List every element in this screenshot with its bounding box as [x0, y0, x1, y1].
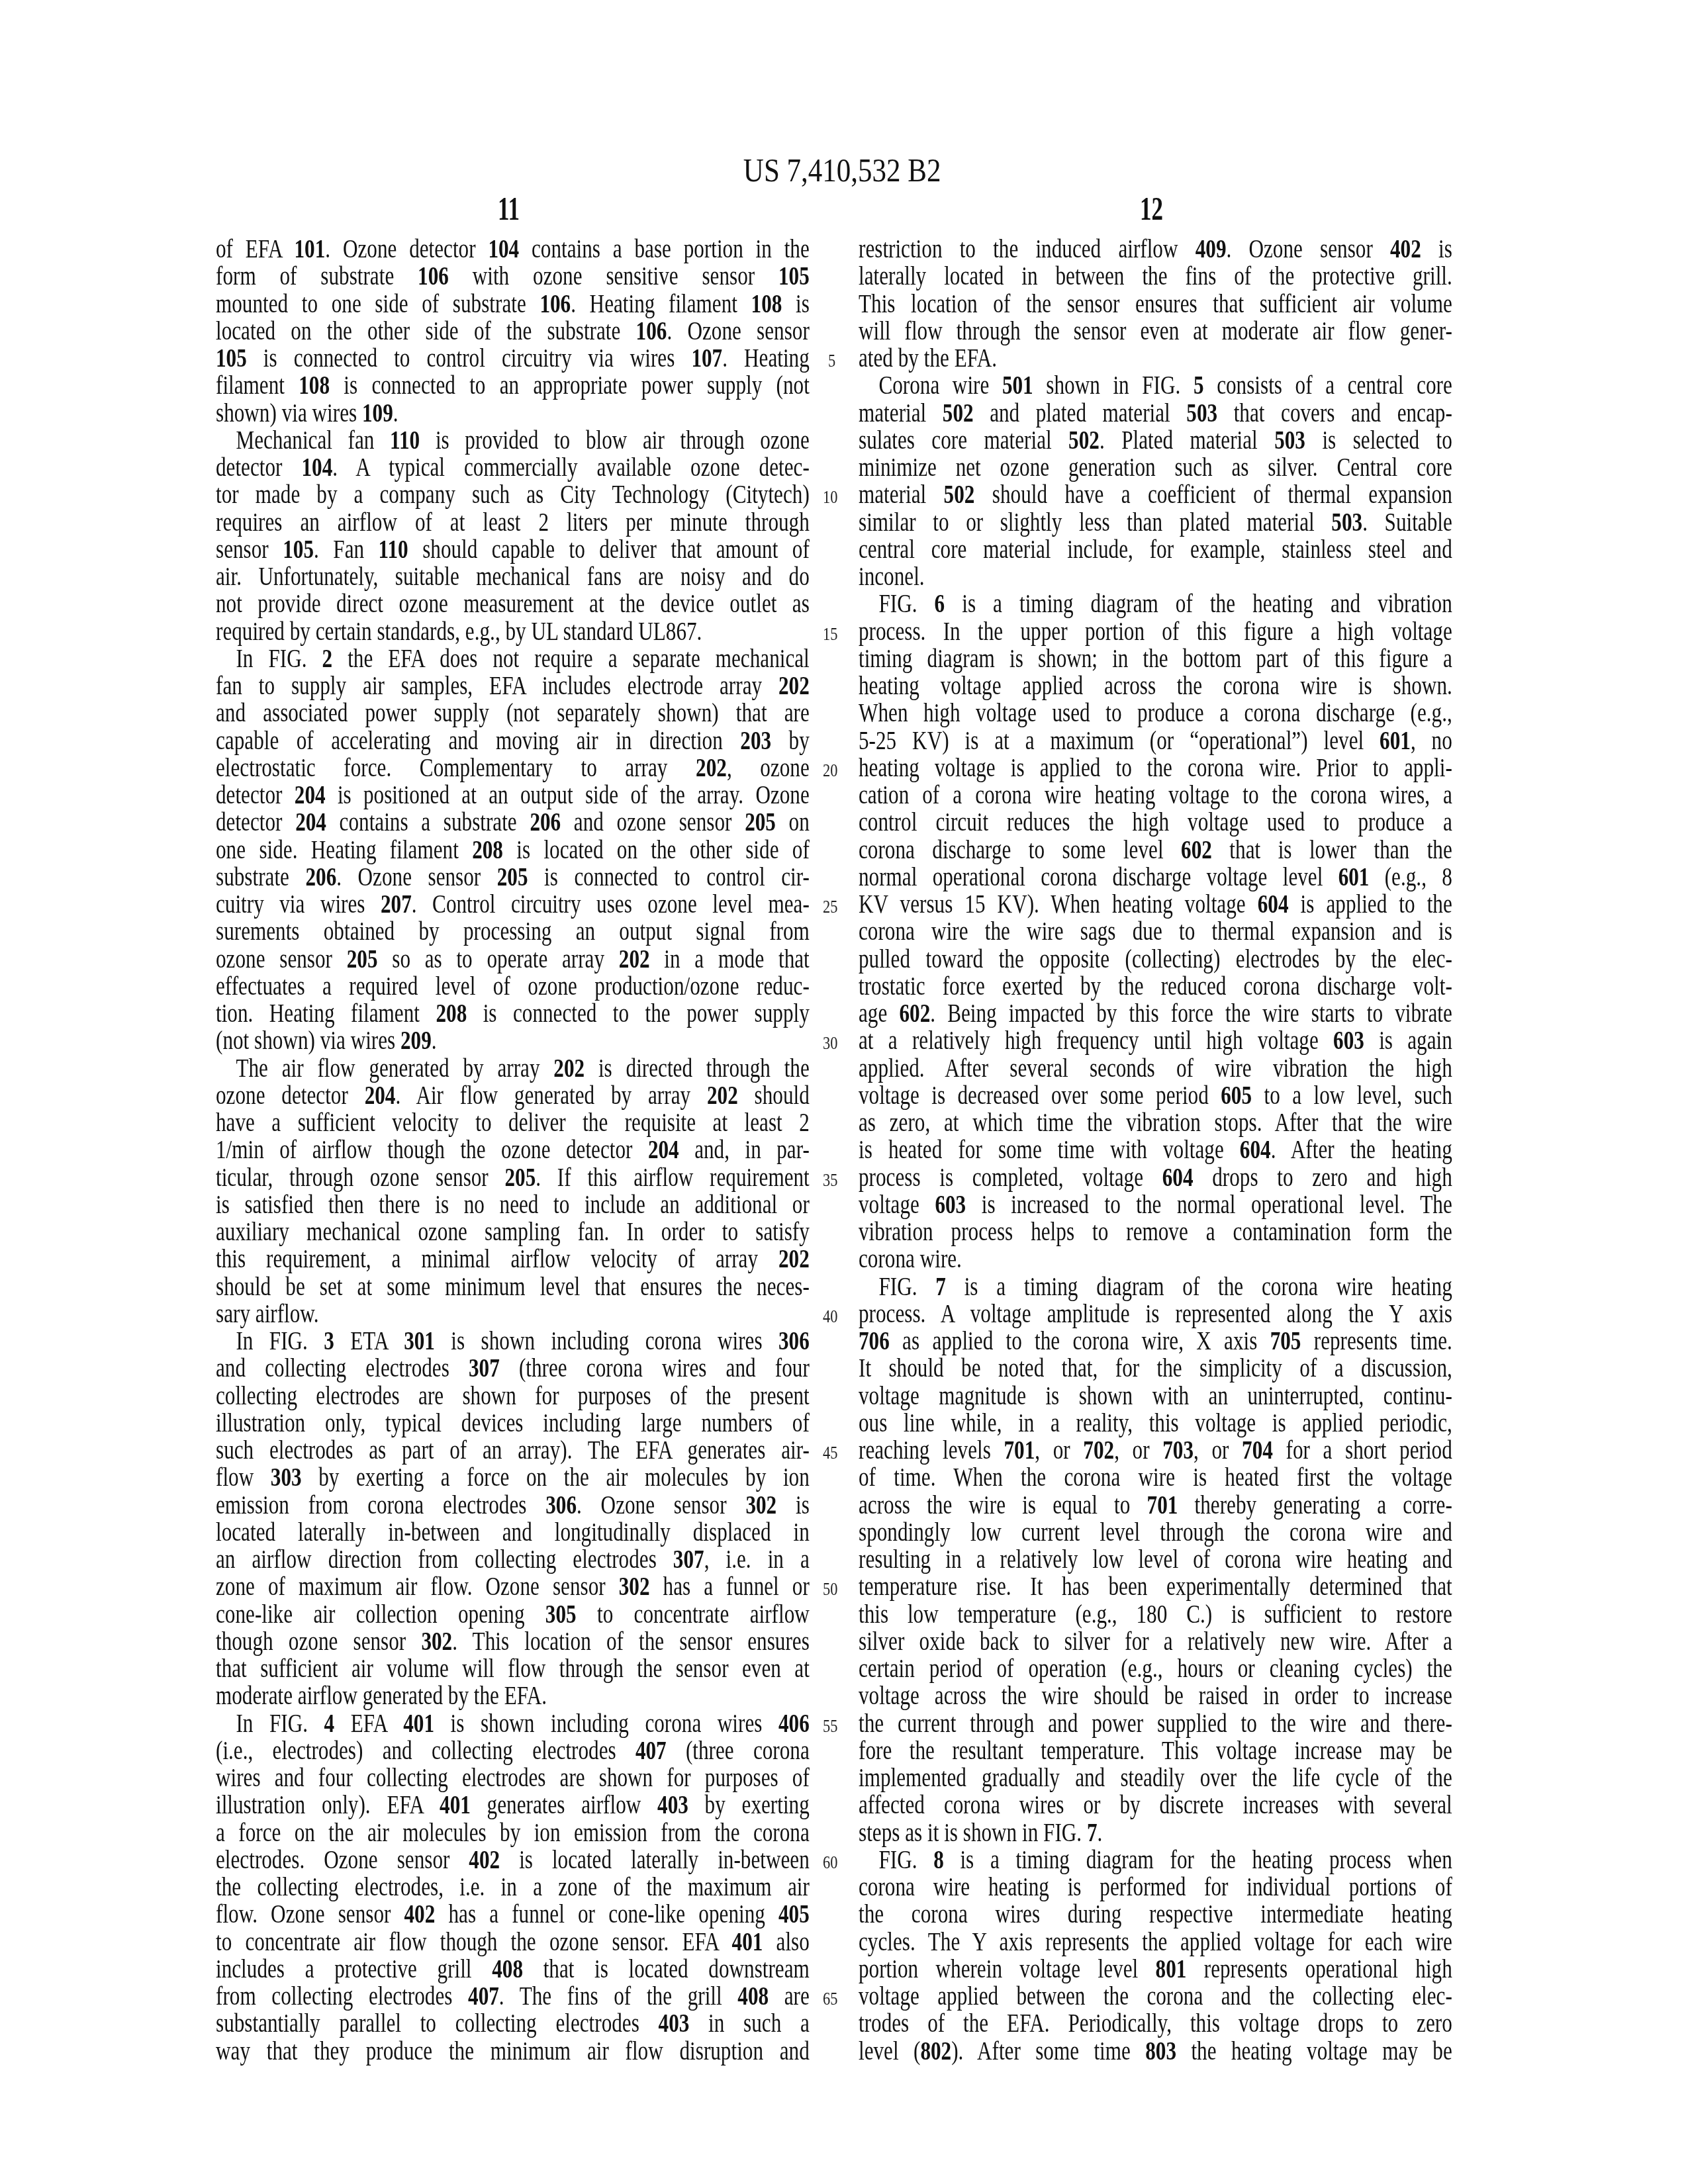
line-text: is satisfied then there is no need to in…	[216, 1191, 810, 1218]
line-number: 55	[823, 1713, 837, 1740]
left-column-text-line: cuitry via wires 207. Control circuitry …	[216, 891, 810, 918]
line-text: illustration only). EFA 401 generates ai…	[216, 1792, 810, 1819]
reference-numeral: 603	[1333, 1026, 1364, 1055]
line-text: detector 204 contains a substrate 206 an…	[216, 809, 810, 836]
right-column-text-line: affected corona wires or by discrete inc…	[859, 1792, 1452, 1819]
right-column-text-line: at a relatively high frequency until hig…	[859, 1027, 1452, 1054]
line-text: temperature rise. It has been experiment…	[859, 1573, 1452, 1600]
left-column-text-line: collecting electrodes are shown for purp…	[216, 1383, 810, 1410]
left-column-text-line: required by certain standards, e.g., by …	[216, 618, 810, 645]
left-column-text-line: to concentrate air flow though the ozone…	[216, 1929, 810, 1956]
line-number: 30	[823, 1030, 837, 1057]
line-text: that sufficient air volume will flow thr…	[216, 1655, 810, 1682]
line-text: filament 108 is connected to an appropri…	[216, 372, 810, 399]
line-number: 50	[823, 1576, 837, 1603]
reference-numeral: 601	[1338, 863, 1370, 891]
line-text: though ozone sensor 302. This location o…	[216, 1628, 810, 1655]
line-text: capable of accelerating and moving air i…	[216, 727, 810, 754]
right-column-text-line: normal operational corona discharge volt…	[859, 864, 1452, 891]
right-column-text-line: level (802). After some time 803 the hea…	[859, 2038, 1452, 2065]
reference-numeral: 706	[859, 1327, 890, 1355]
line-text: air. Unfortunately, suitable mechanical …	[216, 563, 810, 590]
right-column-text-line: This location of the sensor ensures that…	[859, 291, 1452, 318]
left-column-text-line: such electrodes as part of an array). Th…	[216, 1437, 810, 1464]
line-text: spondingly low current level through the…	[859, 1519, 1452, 1546]
reference-numeral: 803	[1145, 2037, 1176, 2066]
reference-numeral: 6	[935, 590, 945, 618]
reference-numeral: 5	[1194, 371, 1204, 400]
left-column-text-line: detector 104. A typical commercially ava…	[216, 454, 810, 481]
line-text: central core material include, for examp…	[859, 536, 1452, 563]
line-text: It should be noted that, for the simplic…	[859, 1355, 1452, 1382]
right-column-page-number: 12	[1140, 192, 1163, 225]
right-column-text-line: sulates core material 502. Plated materi…	[859, 427, 1452, 454]
reference-numeral: 408	[492, 1955, 523, 1983]
reference-numeral: 307	[469, 1354, 500, 1383]
left-column-text-line: an airflow direction from collecting ele…	[216, 1546, 810, 1573]
reference-numeral: 206	[530, 808, 561, 837]
right-column-text-line: resulting in a relatively low level of c…	[859, 1546, 1452, 1573]
right-column-text-line: similar to or slightly less than plated …	[859, 509, 1452, 536]
right-column-text-line: across the wire is equal to 701 thereby …	[859, 1492, 1452, 1519]
line-text: restriction to the induced airflow 409. …	[859, 236, 1452, 263]
right-column-text-line: cycles. The Y axis represents the applie…	[859, 1929, 1452, 1956]
line-text: cone-like air collection opening 305 to …	[216, 1601, 810, 1628]
reference-numeral: 402	[404, 1900, 436, 1929]
reference-numeral: 106	[539, 290, 571, 318]
right-column-text-line: voltage 603 is increased to the normal o…	[859, 1191, 1452, 1218]
left-column-text-line: illustration only). EFA 401 generates ai…	[216, 1792, 810, 1819]
reference-numeral: 205	[347, 945, 378, 974]
reference-numeral: 104	[488, 235, 519, 263]
right-column-text-line: as zero, at which time the vibration sto…	[859, 1109, 1452, 1136]
reference-numeral: 204	[295, 808, 326, 837]
left-column-text-line: from collecting electrodes 407. The fins…	[216, 1983, 810, 2010]
line-text: located on the other side of the substra…	[216, 318, 810, 345]
line-text: sensor 105. Fan 110 should capable to de…	[216, 536, 810, 563]
line-text: material 502 should have a coefficient o…	[859, 481, 1452, 508]
left-column-text-line: Mechanical fan 110 is provided to blow a…	[216, 427, 810, 454]
left-column-text-line: is satisfied then there is no need to in…	[216, 1191, 810, 1218]
right-column-text-line: heating voltage is applied to the corona…	[859, 754, 1452, 782]
right-column-text-line: restriction to the induced airflow 409. …	[859, 236, 1452, 263]
reference-numeral: 502	[1068, 426, 1100, 455]
right-column-text-line: of time. When the corona wire is heated …	[859, 1464, 1452, 1491]
line-text: process is completed, voltage 604 drops …	[859, 1164, 1452, 1191]
line-text: certain period of operation (e.g., hours…	[859, 1655, 1452, 1682]
line-text: resulting in a relatively low level of c…	[859, 1546, 1452, 1573]
right-column-text-line: applied. After several seconds of wire v…	[859, 1055, 1452, 1082]
line-text: voltage across the wire should be raised…	[859, 1682, 1452, 1709]
left-column-text-line: 1/min of airflow though the ozone detect…	[216, 1136, 810, 1163]
reference-numeral: 405	[778, 1900, 810, 1929]
reference-numeral: 104	[301, 453, 332, 482]
line-text: cation of a corona wire heating voltage …	[859, 782, 1452, 809]
right-column-text-line: pulled toward the opposite (collecting) …	[859, 946, 1452, 973]
right-column-text-line: implemented gradually and steadily over …	[859, 1764, 1452, 1792]
left-column-text-line: moderate airflow generated by the EFA.	[216, 1682, 810, 1709]
reference-numeral: 604	[1162, 1163, 1194, 1192]
reference-numeral: 205	[745, 808, 776, 837]
line-text: moderate airflow generated by the EFA.	[216, 1682, 810, 1709]
left-column-text-line: not provide direct ozone measurement at …	[216, 590, 810, 617]
left-column-text-line: though ozone sensor 302. This location o…	[216, 1628, 810, 1655]
line-text: located laterally in-between and longitu…	[216, 1519, 810, 1546]
left-column-text-line: form of substrate 106 with ozone sensiti…	[216, 263, 810, 290]
line-text: have a sufficient velocity to deliver th…	[216, 1109, 810, 1136]
right-column-text-line: material 502 and plated material 503 tha…	[859, 400, 1452, 427]
right-column-text-line: voltage across the wire should be raised…	[859, 1682, 1452, 1709]
left-column-text-line: have a sufficient velocity to deliver th…	[216, 1109, 810, 1136]
left-column-page-number: 11	[498, 192, 520, 225]
right-column-text-line: process is completed, voltage 604 drops …	[859, 1164, 1452, 1191]
line-text: implemented gradually and steadily over …	[859, 1764, 1452, 1792]
line-text: emission from corona electrodes 306. Ozo…	[216, 1492, 810, 1519]
left-column-text-line: cone-like air collection opening 305 to …	[216, 1601, 810, 1628]
left-column-text-line: sary airflow.	[216, 1300, 810, 1328]
line-text: electrostatic force. Complementary to ar…	[216, 754, 810, 782]
line-text: as zero, at which time the vibration sto…	[859, 1109, 1452, 1136]
left-column-text-line: flow. Ozone sensor 402 has a funnel or c…	[216, 1901, 810, 1928]
reference-numeral: 208	[472, 836, 503, 864]
left-column-text-line: flow 303 by exerting a force on the air …	[216, 1464, 810, 1491]
reference-numeral: 202	[707, 1081, 738, 1110]
right-column-text-line: portion wherein voltage level 801 repres…	[859, 1956, 1452, 1983]
reference-numeral: 801	[1156, 1955, 1187, 1983]
reference-numeral: 8	[933, 1846, 944, 1874]
reference-numeral: 705	[1270, 1327, 1301, 1355]
line-text: flow. Ozone sensor 402 has a funnel or c…	[216, 1901, 810, 1928]
left-column-text-line: should be set at some minimum level that…	[216, 1273, 810, 1300]
line-text: this requirement, a minimal airflow velo…	[216, 1246, 810, 1273]
right-column-text-line: material 502 should have a coefficient o…	[859, 481, 1452, 508]
left-column-text-line: fan to supply air samples, EFA includes …	[216, 672, 810, 700]
reference-numeral: 110	[379, 535, 408, 564]
line-text: flow 303 by exerting a force on the air …	[216, 1464, 810, 1491]
right-column-text-line: voltage is decreased over some period 60…	[859, 1082, 1452, 1109]
line-text: trodes of the EFA. Periodically, this vo…	[859, 2010, 1452, 2037]
line-text: includes a protective grill 408 that is …	[216, 1956, 810, 1983]
line-text: heating voltage applied across the coron…	[859, 672, 1452, 700]
line-text: applied. After several seconds of wire v…	[859, 1055, 1452, 1082]
line-text: corona wire heating is performed for ind…	[859, 1874, 1452, 1901]
reference-numeral: 605	[1221, 1081, 1252, 1110]
left-column-text-line: air. Unfortunately, suitable mechanical …	[216, 563, 810, 590]
right-column-text-line: timing diagram is shown; in the bottom p…	[859, 645, 1452, 672]
line-text: process. A voltage amplitude is represen…	[859, 1300, 1452, 1328]
left-column-text-line: tor made by a company such as City Techn…	[216, 481, 810, 508]
line-text: not provide direct ozone measurement at …	[216, 590, 810, 617]
reference-numeral: 205	[497, 863, 528, 891]
line-text: tor made by a company such as City Techn…	[216, 481, 810, 508]
reference-numeral: 802	[920, 2037, 951, 2066]
line-text: heating voltage is applied to the corona…	[859, 754, 1452, 782]
left-column-text-line: sensor 105. Fan 110 should capable to de…	[216, 536, 810, 563]
line-text: control circuit reduces the high voltage…	[859, 809, 1452, 836]
line-text: voltage applied between the corona and t…	[859, 1983, 1452, 2010]
line-text: 1/min of airflow though the ozone detect…	[216, 1136, 810, 1163]
right-column-text-line: corona wire.	[859, 1246, 1452, 1273]
left-column-text-line: shown) via wires 109.	[216, 400, 810, 427]
left-column-text-line: detector 204 contains a substrate 206 an…	[216, 809, 810, 836]
line-text: trostatic force exerted by the reduced c…	[859, 973, 1452, 1000]
right-column-text-line: corona wire the wire sags due to thermal…	[859, 918, 1452, 945]
reference-numeral: 203	[740, 727, 771, 755]
left-column-text-line: filament 108 is connected to an appropri…	[216, 372, 810, 399]
left-column-text-line: includes a protective grill 408 that is …	[216, 1956, 810, 1983]
reference-numeral: 703	[1162, 1436, 1194, 1465]
left-column-text-line: and collecting electrodes 307 (three cor…	[216, 1355, 810, 1382]
line-text: way that they produce the minimum air fl…	[216, 2038, 810, 2065]
line-text: of time. When the corona wire is heated …	[859, 1464, 1452, 1491]
left-column-text-line: In FIG. 2 the EFA does not require a sep…	[216, 645, 810, 672]
left-column-text-line: zone of maximum air flow. Ozone sensor 3…	[216, 1573, 810, 1600]
line-text: corona wire.	[859, 1246, 1452, 1273]
left-column-text-line: electrostatic force. Complementary to ar…	[216, 754, 810, 782]
left-column-text-line: In FIG. 4 EFA 401 is shown including cor…	[216, 1710, 810, 1737]
line-text: form of substrate 106 with ozone sensiti…	[216, 263, 810, 290]
right-column-text-line: trostatic force exerted by the reduced c…	[859, 973, 1452, 1000]
line-text: is heated for some time with voltage 604…	[859, 1136, 1452, 1163]
line-text: sary airflow.	[216, 1300, 810, 1328]
line-text: In FIG. 3 ETA 301 is shown including cor…	[216, 1328, 810, 1355]
right-column-text-line: heating voltage applied across the coron…	[859, 672, 1452, 700]
line-text: In FIG. 4 EFA 401 is shown including cor…	[216, 1710, 810, 1737]
reference-numeral: 701	[1004, 1436, 1035, 1465]
line-text: FIG. 7 is a timing diagram of the corona…	[859, 1273, 1452, 1300]
right-column-text-line: It should be noted that, for the simplic…	[859, 1355, 1452, 1382]
line-text: an airflow direction from collecting ele…	[216, 1546, 810, 1573]
line-text: corona wire the wire sags due to thermal…	[859, 918, 1452, 945]
line-text: ozone detector 204. Air flow generated b…	[216, 1082, 810, 1109]
reference-numeral: 105	[283, 535, 314, 564]
line-number: 40	[823, 1303, 837, 1330]
right-column-text-line: age 602. Being impacted by this force th…	[859, 1000, 1452, 1027]
right-column-text-line: will flow through the sensor even at mod…	[859, 318, 1452, 345]
line-text: vibration process helps to remove a cont…	[859, 1218, 1452, 1246]
line-text: corona discharge to some level 602 that …	[859, 837, 1452, 864]
right-column-text-line: is heated for some time with voltage 604…	[859, 1136, 1452, 1163]
reference-numeral: 204	[295, 781, 326, 809]
line-text: will flow through the sensor even at mod…	[859, 318, 1452, 345]
reference-numeral: 403	[659, 2009, 690, 2038]
line-number: 60	[823, 1849, 837, 1876]
reference-numeral: 105	[216, 344, 247, 373]
line-text: shown) via wires 109.	[216, 400, 810, 427]
reference-numeral: 202	[778, 1245, 810, 1273]
reference-numeral: 3	[324, 1327, 334, 1355]
line-text: voltage 603 is increased to the normal o…	[859, 1191, 1452, 1218]
reference-numeral: 403	[657, 1791, 688, 1819]
line-text: KV versus 15 KV). When heating voltage 6…	[859, 891, 1452, 918]
right-column-text-line: 706 as applied to the corona wire, X axi…	[859, 1328, 1452, 1355]
line-text: cuitry via wires 207. Control circuitry …	[216, 891, 810, 918]
line-text: material 502 and plated material 503 tha…	[859, 400, 1452, 427]
reference-numeral: 105	[778, 262, 810, 291]
reference-numeral: 408	[737, 1982, 769, 2011]
patent-number-header: US 7,410,532 B2	[117, 154, 1568, 187]
left-column-text-line: substantially parallel to collecting ele…	[216, 2010, 810, 2037]
reference-numeral: 603	[935, 1191, 966, 1219]
reference-numeral: 204	[365, 1081, 396, 1110]
left-column-text-line: ozone detector 204. Air flow generated b…	[216, 1082, 810, 1109]
line-text: ous line while, in a reality, this volta…	[859, 1410, 1452, 1437]
line-text: the collecting electrodes, i.e. in a zon…	[216, 1874, 810, 1901]
right-column-text-line: Corona wire 501 shown in FIG. 5 consists…	[859, 372, 1452, 399]
line-text: one side. Heating filament 208 is locate…	[216, 837, 810, 864]
right-column-text-line: process. In the upper portion of this fi…	[859, 618, 1452, 645]
line-text: voltage is decreased over some period 60…	[859, 1082, 1452, 1109]
left-column-text-line: this requirement, a minimal airflow velo…	[216, 1246, 810, 1273]
left-column-text-line: located laterally in-between and longitu…	[216, 1519, 810, 1546]
reference-numeral: 702	[1083, 1436, 1114, 1465]
reference-numeral: 306	[545, 1491, 577, 1520]
reference-numeral: 402	[469, 1846, 500, 1874]
line-text: of EFA 101. Ozone detector 104 contains …	[216, 236, 810, 263]
line-text: and collecting electrodes 307 (three cor…	[216, 1355, 810, 1382]
line-text: surements obtained by processing an outp…	[216, 918, 810, 945]
reference-numeral: 202	[778, 672, 810, 700]
left-column-text-line: ozone sensor 205 so as to operate array …	[216, 946, 810, 973]
reference-numeral: 205	[505, 1163, 536, 1192]
line-text: from collecting electrodes 407. The fins…	[216, 1983, 810, 2010]
right-column-text-line: vibration process helps to remove a cont…	[859, 1218, 1452, 1246]
reference-numeral: 406	[778, 1709, 810, 1738]
reference-numeral: 107	[691, 344, 722, 373]
right-column-text-line: process. A voltage amplitude is represen…	[859, 1300, 1452, 1328]
left-column-text-line: capable of accelerating and moving air i…	[216, 727, 810, 754]
right-column-text-line: ated by the EFA.	[859, 345, 1452, 372]
reference-numeral: 101	[295, 235, 326, 263]
right-column-text-line: When high voltage used to produce a coro…	[859, 700, 1452, 727]
right-column-text-line: laterally located in between the fins of…	[859, 263, 1452, 290]
line-text: When high voltage used to produce a coro…	[859, 700, 1452, 727]
line-text: reaching levels 701, or 702, or 703, or …	[859, 1437, 1452, 1464]
reference-numeral: 202	[619, 945, 650, 974]
reference-numeral: 301	[404, 1327, 435, 1355]
reference-numeral: 7	[935, 1273, 946, 1301]
reference-numeral: 206	[305, 863, 336, 891]
line-text: portion wherein voltage level 801 repres…	[859, 1956, 1452, 1983]
right-column-text-line: the corona wires during respective inter…	[859, 1901, 1452, 1928]
line-text: to concentrate air flow though the ozone…	[216, 1929, 810, 1956]
line-text: (i.e., electrodes) and collecting electr…	[216, 1737, 810, 1764]
reference-numeral: 202	[696, 754, 727, 782]
line-number: 25	[823, 893, 837, 921]
left-column-text-line: surements obtained by processing an outp…	[216, 918, 810, 945]
left-column-text-line: of EFA 101. Ozone detector 104 contains …	[216, 236, 810, 263]
reference-numeral: 407	[635, 1737, 667, 1765]
right-column-text-line: control circuit reduces the high voltage…	[859, 809, 1452, 836]
reference-numeral: 302	[421, 1627, 452, 1656]
right-column-text-line: voltage magnitude is shown with an unint…	[859, 1383, 1452, 1410]
left-column-text-line: and associated power supply (not separat…	[216, 700, 810, 727]
line-text: affected corona wires or by discrete inc…	[859, 1792, 1452, 1819]
reference-numeral: 106	[636, 317, 667, 345]
right-column-text-line: reaching levels 701, or 702, or 703, or …	[859, 1437, 1452, 1464]
reference-numeral: 401	[440, 1791, 471, 1819]
reference-numeral: 401	[403, 1709, 434, 1738]
line-text: voltage magnitude is shown with an unint…	[859, 1383, 1452, 1410]
line-text: at a relatively high frequency until hig…	[859, 1027, 1452, 1054]
line-text: requires an airflow of at least 2 liters…	[216, 509, 810, 536]
line-text: Mechanical fan 110 is provided to blow a…	[216, 427, 810, 454]
left-column-text-line: tion. Heating filament 208 is connected …	[216, 1000, 810, 1027]
line-text: 105 is connected to control circuitry vi…	[216, 345, 810, 372]
left-column-text-line: way that they produce the minimum air fl…	[216, 2038, 810, 2065]
reference-numeral: 207	[381, 890, 412, 919]
left-column-text-line: effectuates a required level of ozone pr…	[216, 973, 810, 1000]
left-column-text-line: mounted to one side of substrate 106. He…	[216, 291, 810, 318]
left-column-text-line: located on the other side of the substra…	[216, 318, 810, 345]
right-column-text-line: temperature rise. It has been experiment…	[859, 1573, 1452, 1600]
line-text: inconel.	[859, 563, 1452, 590]
line-text: normal operational corona discharge volt…	[859, 864, 1452, 891]
line-text: (not shown) via wires 209.	[216, 1027, 810, 1054]
line-text: tion. Heating filament 208 is connected …	[216, 1000, 810, 1027]
right-column-text-line: trodes of the EFA. Periodically, this vo…	[859, 2010, 1452, 2037]
right-column-text-line: this low temperature (e.g., 180 C.) is s…	[859, 1601, 1452, 1628]
line-text: auxiliary mechanical ozone sampling fan.…	[216, 1218, 810, 1246]
right-column-text-line: the current through and power supplied t…	[859, 1710, 1452, 1737]
right-column-text-line: certain period of operation (e.g., hours…	[859, 1655, 1452, 1682]
reference-numeral: 704	[1242, 1436, 1273, 1465]
left-column-text-line: substrate 206. Ozone sensor 205 is conne…	[216, 864, 810, 891]
reference-numeral: 604	[1240, 1136, 1271, 1164]
right-column-text-line: FIG. 6 is a timing diagram of the heatin…	[859, 590, 1452, 617]
line-text: FIG. 8 is a timing diagram for the heati…	[859, 1846, 1452, 1874]
line-text: 706 as applied to the corona wire, X axi…	[859, 1328, 1452, 1355]
right-column-text-line: inconel.	[859, 563, 1452, 590]
line-text: should be set at some minimum level that…	[216, 1273, 810, 1300]
line-text: silver oxide back to silver for a relati…	[859, 1628, 1452, 1655]
left-column-text-line: In FIG. 3 ETA 301 is shown including cor…	[216, 1328, 810, 1355]
reference-numeral: 503	[1186, 399, 1217, 428]
line-number: 15	[823, 621, 837, 648]
reference-numeral: 306	[778, 1327, 810, 1355]
left-column-text-line: detector 204 is positioned at an output …	[216, 782, 810, 809]
left-column-text-line: 105 is connected to control circuitry vi…	[216, 345, 810, 372]
line-number: 35	[823, 1167, 837, 1194]
left-column-text-line: that sufficient air volume will flow thr…	[216, 1655, 810, 1682]
line-text: sulates core material 502. Plated materi…	[859, 427, 1452, 454]
reference-numeral: 303	[271, 1463, 302, 1492]
right-column-text-line: FIG. 8 is a timing diagram for the heati…	[859, 1846, 1452, 1874]
right-column-text-line: KV versus 15 KV). When heating voltage 6…	[859, 891, 1452, 918]
line-text: The air flow generated by array 202 is d…	[216, 1055, 810, 1082]
reference-numeral: 402	[1390, 235, 1421, 263]
line-text: zone of maximum air flow. Ozone sensor 3…	[216, 1573, 810, 1600]
reference-numeral: 302	[745, 1491, 776, 1520]
line-number: 65	[823, 1985, 837, 2013]
line-number: 10	[823, 484, 837, 511]
reference-numeral: 302	[619, 1572, 650, 1601]
left-column-text-line: one side. Heating filament 208 is locate…	[216, 837, 810, 864]
right-column-text-line: central core material include, for examp…	[859, 536, 1452, 563]
line-text: ated by the EFA.	[859, 345, 1452, 372]
line-text: effectuates a required level of ozone pr…	[216, 973, 810, 1000]
reference-numeral: 604	[1258, 890, 1289, 919]
line-text: 5-25 KV) is at a maximum (or “operationa…	[859, 727, 1452, 754]
line-text: timing diagram is shown; in the bottom p…	[859, 645, 1452, 672]
reference-numeral: 502	[944, 480, 975, 509]
right-column-text-line: corona wire heating is performed for ind…	[859, 1874, 1452, 1901]
line-text: required by certain standards, e.g., by …	[216, 618, 810, 645]
right-column-text-line: ous line while, in a reality, this volta…	[859, 1410, 1452, 1437]
reference-numeral: 307	[673, 1545, 704, 1574]
reference-numeral: 108	[751, 290, 782, 318]
right-column-text-line: spondingly low current level through the…	[859, 1519, 1452, 1546]
